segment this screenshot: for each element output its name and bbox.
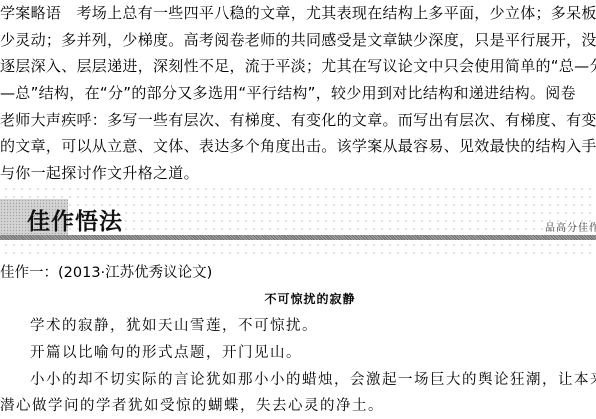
essay-paragraph: 潜心做学问的学者犹如受惊的蝴蝶，失去心灵的净土。 bbox=[0, 393, 596, 419]
section-heading: 佳作悟法 bbox=[27, 203, 123, 236]
section-tag: 品高分佳作 bbox=[545, 219, 596, 234]
intro-line: 学案略语 考场上总有一些四平八稳的文章，尤其表现在结构上多平面，少立体；多呆板， bbox=[0, 0, 596, 27]
essay-paragraph: 小小的却不切实际的言论犹如那小小的蜡烛，会激起一场巨大的舆论狂潮，让本来单纯、 bbox=[0, 367, 596, 394]
essay-paragraph: 开篇以比喻句的形式点题，开门见山。 bbox=[0, 340, 596, 367]
intro-line: 少灵动；多并列，少梯度。高考阅卷老师的共同感受是文章缺少深度，只是平行展开，没有 bbox=[0, 27, 596, 54]
essay-title: 不可惊扰的寂静 bbox=[0, 285, 596, 313]
intro-line: 老师大声疾呼：多写一些有层次、有梯度、有变化的文章。而写出有层次、有梯度、有变化 bbox=[0, 107, 596, 134]
section-header-band: 佳作悟法 品高分佳作 bbox=[0, 183, 596, 256]
essay-section: 佳作一：(2013·江苏优秀议论文) 不可惊扰的寂静 学术的寂静，犹如天山雪莲，… bbox=[0, 261, 596, 419]
essay-paragraph: 学术的寂静，犹如天山雪莲，不可惊扰。 bbox=[0, 313, 596, 340]
intro-line: 逐层深入、层层递进，深刻性不足，流于平淡；尤其在写议论文中只会使用简单的“总—分 bbox=[0, 53, 596, 80]
section-divider bbox=[0, 235, 596, 240]
intro-line: 的文章，可以从立意、文体、表达多个角度出击。该学案从最容易、见效最快的结构入手， bbox=[0, 133, 596, 160]
essay-source: 佳作一：(2013·江苏优秀议论文) bbox=[0, 261, 596, 285]
intro-section: 学案略语 考场上总有一些四平八稳的文章，尤其表现在结构上多平面，少立体；多呆板，… bbox=[0, 0, 596, 187]
intro-line: —总”结构，在“分”的部分又多选用“平行结构”，较少用到对比结构和递进结构。阅卷 bbox=[0, 80, 596, 107]
